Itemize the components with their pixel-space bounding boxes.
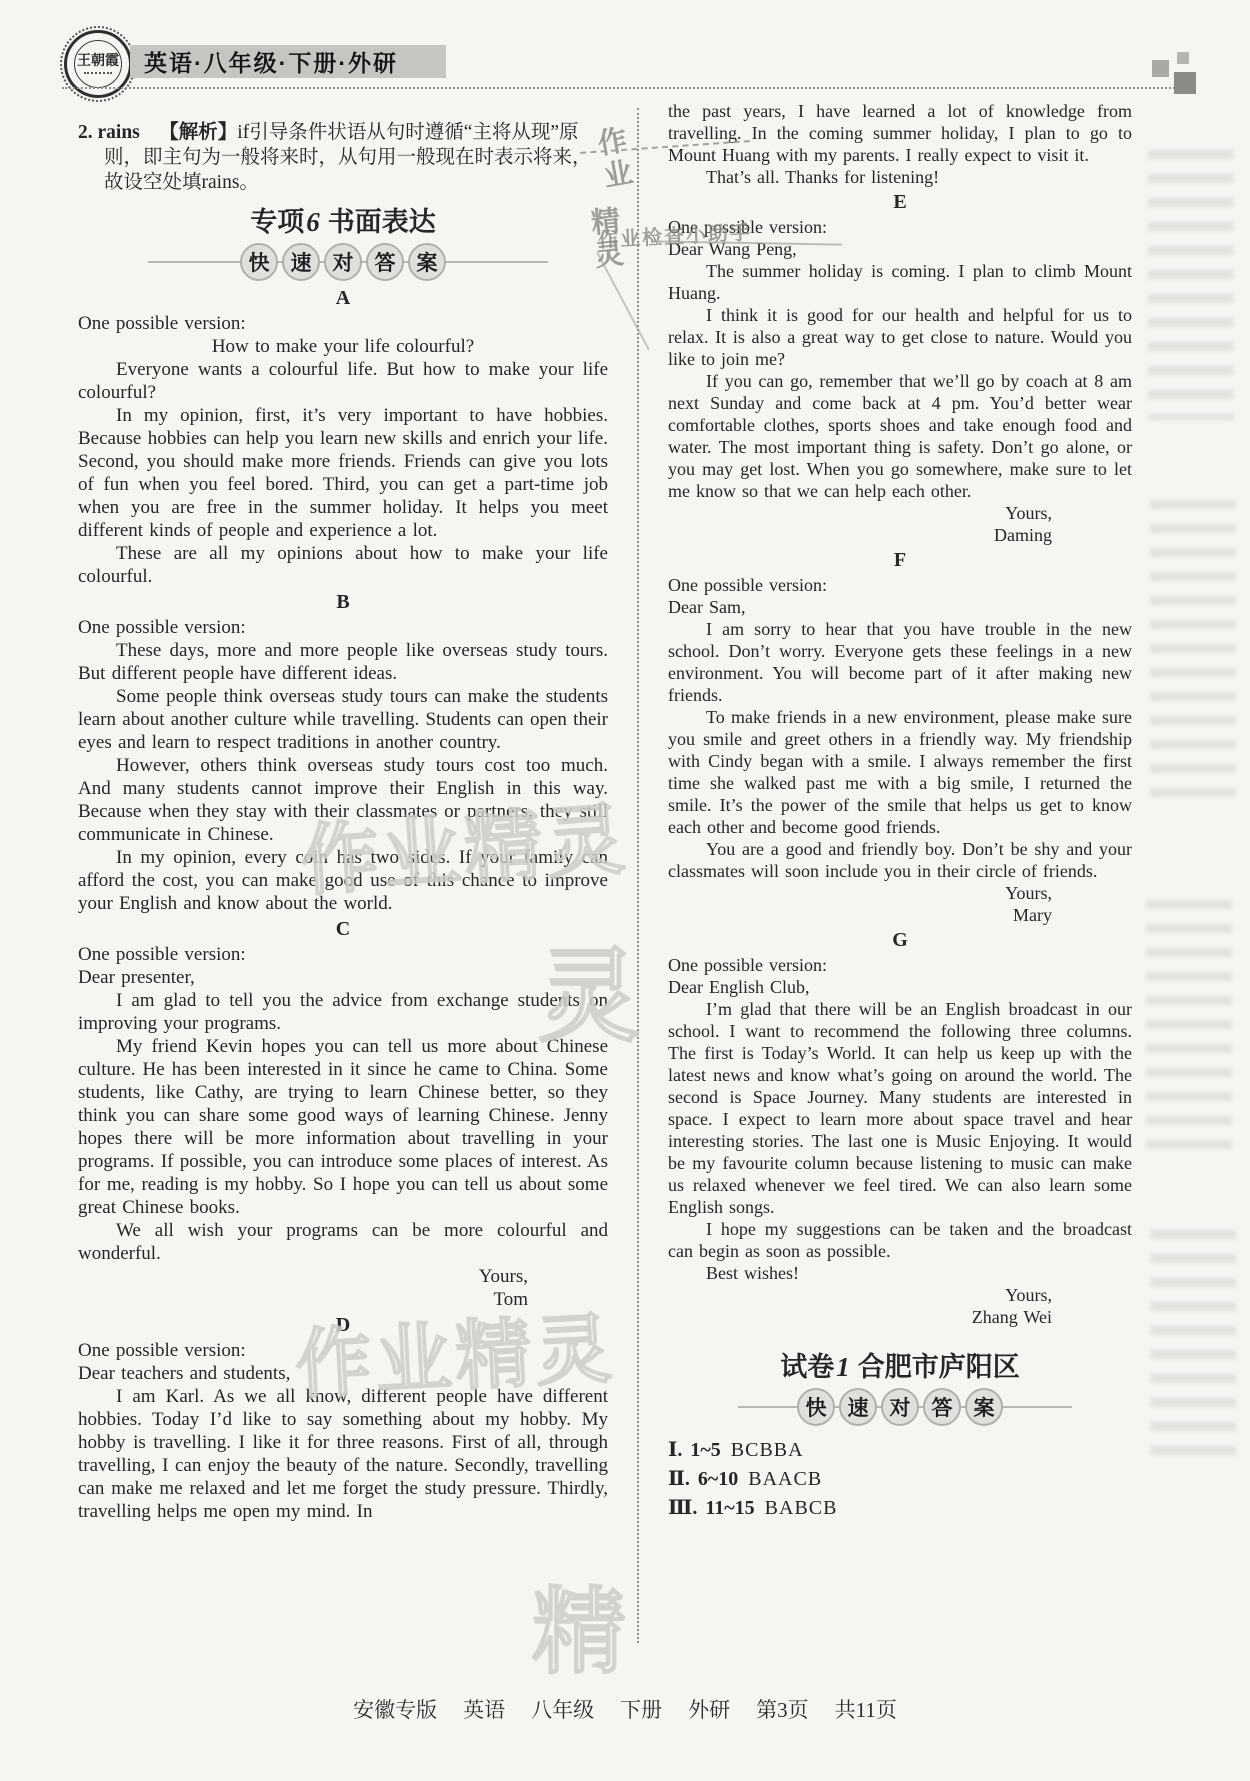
page-footer: 安徽专版英语八年级下册外研第3页共11页 xyxy=(0,1694,1250,1724)
essay-paragraph: That’s all. Thanks for listening! xyxy=(668,166,1132,188)
essay-paragraph: How to make your life colourful? xyxy=(78,335,608,358)
footer-item: 第3页 xyxy=(756,1698,809,1722)
essay-paragraph: Yours, xyxy=(668,882,1132,904)
footer-item: 共11页 xyxy=(835,1698,897,1722)
print-through-ghost xyxy=(1146,900,1232,1160)
column-divider-dotted-line xyxy=(637,108,639,1643)
print-through-ghost xyxy=(1150,500,1236,800)
badge-character-stamp: 答 xyxy=(923,1388,961,1426)
answer-question-range: 11~15 xyxy=(705,1497,754,1519)
essay-paragraph: To make friends in a new environment, pl… xyxy=(668,706,1132,838)
essay-paragraph: Dear presenter, xyxy=(78,966,608,989)
answer-item-answer: rains xyxy=(98,122,140,143)
essay-paragraph: Mary xyxy=(668,904,1132,926)
answer-item-number: 2. xyxy=(78,122,93,143)
essay-paragraph: I hope my suggestions can be taken and t… xyxy=(668,1218,1132,1262)
badge-character-stamp: 速 xyxy=(282,243,320,281)
essay-paragraph: These days, more and more people like ov… xyxy=(78,639,608,685)
essay-paragraph: However, others think overseas study tou… xyxy=(78,754,608,846)
essay-paragraph: I am Karl. As we all know, different peo… xyxy=(78,1385,608,1523)
essay-paragraph: Yours, xyxy=(668,502,1132,524)
answer-letters: BABCB xyxy=(765,1497,838,1519)
footer-item: 安徽专版 xyxy=(353,1698,437,1722)
essay-paragraph: I am glad to tell you the advice from ex… xyxy=(78,989,608,1035)
essay-paragraph: My friend Kevin hopes you can tell us mo… xyxy=(78,1035,608,1219)
answer-key-row: Ⅰ.1~5BCBBA xyxy=(668,1436,1132,1465)
essay-letter-D: D xyxy=(78,1312,608,1338)
badge-character-stamp: 快 xyxy=(240,243,278,281)
paper-heading-title: 合肥市庐阳区 xyxy=(858,1352,1020,1382)
essay-letter-G: G xyxy=(668,927,1132,953)
badge-character-stamp: 快 xyxy=(797,1388,835,1426)
corner-square-decoration xyxy=(1152,60,1169,77)
essay-paragraph: I’m glad that there will be an English b… xyxy=(668,998,1132,1218)
print-through-ghost xyxy=(1148,150,1234,420)
essay-paragraph: One possible version: xyxy=(668,574,1132,596)
essay-paragraph: Best wishes! xyxy=(668,1262,1132,1284)
essay-paragraph: One possible version: xyxy=(668,216,1132,238)
essay-paragraph: You are a good and friendly boy. Don’t b… xyxy=(668,838,1132,882)
page-title-bar: 英语·八年级·下册·外研 xyxy=(130,45,446,78)
essay-paragraph: the past years, I have learned a lot of … xyxy=(668,100,1132,166)
answer-roman-numeral: Ⅲ. xyxy=(668,1497,697,1519)
right-column: the past years, I have learned a lot of … xyxy=(668,100,1132,1523)
answer-letters: BAACB xyxy=(748,1468,822,1490)
essay-paragraph: Dear teachers and students, xyxy=(78,1362,608,1385)
essay-letter-B: B xyxy=(78,589,608,615)
footer-item: 八年级 xyxy=(531,1698,594,1722)
essay-paragraph: Some people think overseas study tours c… xyxy=(78,685,608,754)
essay-paragraph: I am sorry to hear that you have trouble… xyxy=(668,618,1132,706)
answer-roman-numeral: Ⅱ. xyxy=(668,1468,690,1490)
header-dotted-rule xyxy=(62,87,1194,89)
badge-character-stamp: 案 xyxy=(408,243,446,281)
section-heading-title: 书面表达 xyxy=(328,207,436,237)
left-column: 2. rains 【解析】if引导条件状语从句时遵循“主将从现”原则，即主句为一… xyxy=(78,100,608,1523)
answer-roman-numeral: Ⅰ. xyxy=(668,1439,682,1461)
essay-paragraph: One possible version: xyxy=(78,943,608,966)
paper-heading-number: 1 xyxy=(836,1352,850,1382)
essay-paragraph: Dear Sam, xyxy=(668,596,1132,618)
badge-character-stamp: 对 xyxy=(324,243,362,281)
section-heading-number: 6 xyxy=(306,207,320,237)
essay-letter-C: C xyxy=(78,916,608,942)
essay-paragraph: The summer holiday is coming. I plan to … xyxy=(668,260,1132,304)
essay-paragraph: Everyone wants a colourful life. But how… xyxy=(78,358,608,404)
essay-paragraph: Dear English Club, xyxy=(668,976,1132,998)
essays-left: AOne possible version:How to make your l… xyxy=(78,285,608,1523)
quick-answer-badge: 快速对答案 xyxy=(668,1386,1132,1428)
essay-paragraph: Daming xyxy=(668,524,1132,546)
answer-item-2: 2. rains 【解析】if引导条件状语从句时遵循“主将从现”原则，即主句为一… xyxy=(78,120,608,195)
essay-paragraph: In my opinion, every coin has two sides.… xyxy=(78,846,608,915)
essay-paragraph: Zhang Wei xyxy=(668,1306,1132,1328)
essay-letter-A: A xyxy=(78,285,608,311)
essay-paragraph: These are all my opinions about how to m… xyxy=(78,542,608,588)
section-heading-topic6: 专项6书面表达 xyxy=(78,205,608,239)
answer-key-row: Ⅲ.11~15BABCB xyxy=(668,1494,1132,1523)
answer-letters: BCBBA xyxy=(731,1439,804,1461)
paper-heading-prefix: 试卷 xyxy=(780,1352,834,1382)
essays-right: the past years, I have learned a lot of … xyxy=(668,100,1132,1328)
badge-character-stamp: 案 xyxy=(965,1388,1003,1426)
paper-heading-hefei: 试卷1合肥市庐阳区 xyxy=(668,1350,1132,1384)
answer-key-list: Ⅰ.1~5BCBBAⅡ.6~10BAACBⅢ.11~15BABCB xyxy=(668,1436,1132,1523)
essay-paragraph: Yours, xyxy=(78,1265,608,1288)
footer-item: 下册 xyxy=(620,1698,662,1722)
essay-paragraph: If you can go, remember that we’ll go by… xyxy=(668,370,1132,502)
badge-character-stamp: 对 xyxy=(881,1388,919,1426)
answer-key-row: Ⅱ.6~10BAACB xyxy=(668,1465,1132,1494)
essay-paragraph: In my opinion, first, it’s very importan… xyxy=(78,404,608,542)
brand-logo-inner-ring: 王朝霞 xyxy=(74,40,122,88)
answer-question-range: 6~10 xyxy=(698,1468,738,1490)
answer-question-range: 1~5 xyxy=(690,1439,720,1461)
essay-paragraph: We all wish your programs can be more co… xyxy=(78,1219,608,1265)
essay-paragraph: One possible version: xyxy=(78,616,608,639)
essay-paragraph: One possible version: xyxy=(78,312,608,335)
corner-square-decoration xyxy=(1177,52,1189,64)
watermark-outline-char: 精 xyxy=(532,1556,630,1691)
footer-item: 外研 xyxy=(688,1698,730,1722)
print-through-ghost xyxy=(1150,1230,1236,1460)
badge-character-stamp: 答 xyxy=(366,243,404,281)
scanned-answer-page: 王朝霞 英语·八年级·下册·外研 2. rains 【解析】if引导条件状语从句… xyxy=(0,0,1250,1781)
essay-letter-E: E xyxy=(668,189,1132,215)
section-heading-prefix: 专项 xyxy=(250,207,304,237)
essay-paragraph: One possible version: xyxy=(78,1339,608,1362)
footer-item: 英语 xyxy=(463,1698,505,1722)
essay-paragraph: Tom xyxy=(78,1288,608,1311)
essay-paragraph: One possible version: xyxy=(668,954,1132,976)
quick-answer-badge: 快速对答案 xyxy=(78,241,608,283)
analysis-tag: 【解析】 xyxy=(159,122,237,143)
corner-square-decoration xyxy=(1174,72,1196,94)
essay-letter-F: F xyxy=(668,547,1132,573)
essay-paragraph: Yours, xyxy=(668,1284,1132,1306)
badge-character-stamp: 速 xyxy=(839,1388,877,1426)
brand-logo-ornament xyxy=(84,72,112,74)
brand-logo-text: 王朝霞 xyxy=(77,54,119,69)
essay-paragraph: I think it is good for our health and he… xyxy=(668,304,1132,370)
